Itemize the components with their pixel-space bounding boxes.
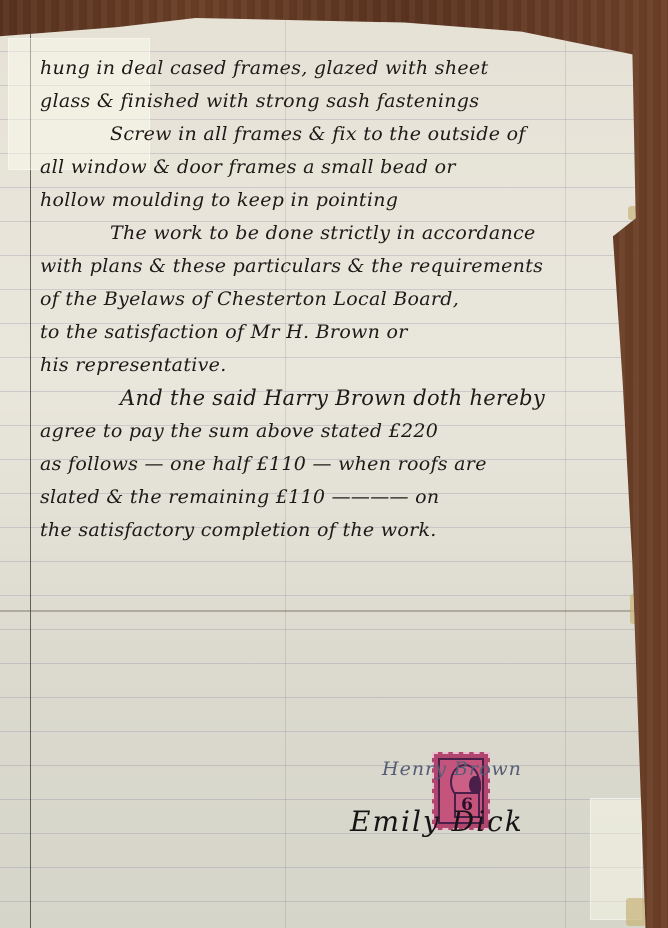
text-line: to the satisfaction of Mr H. Brown or	[40, 316, 640, 349]
text-line: glass & finished with strong sash fasten…	[40, 85, 640, 118]
text-line: of the Byelaws of Chesterton Local Board…	[40, 283, 640, 316]
text-line: the satisfactory completion of the work.	[40, 514, 640, 547]
horizontal-fold	[0, 610, 652, 612]
text-line: agree to pay the sum above stated £220	[40, 415, 640, 448]
text-line: The work to be done strictly in accordan…	[40, 217, 640, 250]
text-line: with plans & these particulars & the req…	[40, 250, 640, 283]
signature-emily-dick: Emily Dick	[350, 805, 524, 838]
text-line: slated & the remaining £110 ———— on	[40, 481, 640, 514]
text-line: hollow moulding to keep in pointing	[40, 184, 640, 217]
tape-stain	[626, 898, 646, 926]
text-line: Screw in all frames & fix to the outside…	[40, 118, 640, 151]
signature-henry-brown: Henry Brown	[382, 758, 522, 780]
text-line: as follows — one half £110 — when roofs …	[40, 448, 640, 481]
text-line: all window & door frames a small bead or	[40, 151, 640, 184]
text-line: And the said Harry Brown doth hereby	[40, 382, 640, 415]
handwritten-text: hung in deal cased frames, glazed with s…	[40, 52, 640, 547]
text-line: hung in deal cased frames, glazed with s…	[40, 52, 640, 85]
text-line: his representative.	[40, 349, 640, 382]
